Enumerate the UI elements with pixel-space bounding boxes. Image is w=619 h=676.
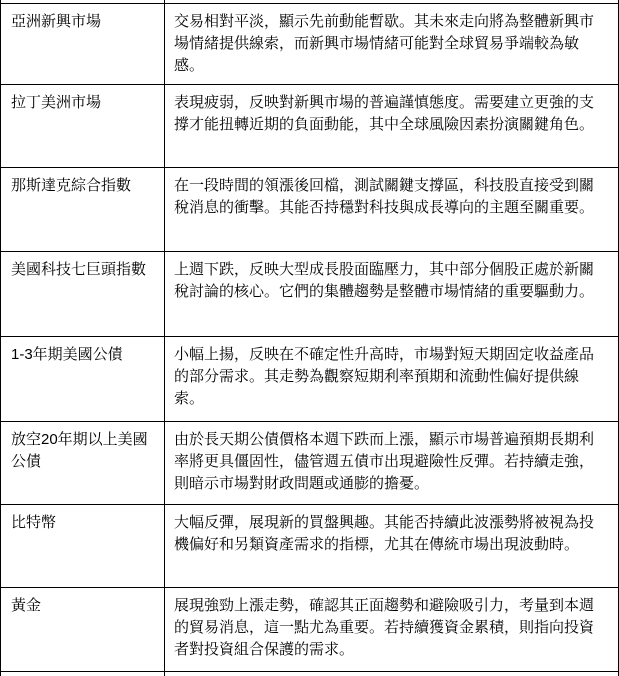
partial-desc-cell	[165, 672, 618, 676]
table-row: 那斯達克綜合指數 在一段時間的領漲後回檔，測試關鍵支撐區，科技股直接受到關稅消息…	[1, 168, 618, 252]
asset-description: 大幅反彈，展現新的買盤興趣。其能否持續此波漲勢將被視為投機偏好和另類資產需求的指…	[165, 505, 618, 587]
asset-description: 由於長天期公債價格本週下跌而上漲，顯示市場普遍預期長期利率將更具僵固性，儘管週五…	[165, 422, 618, 504]
partial-row-bottom	[1, 672, 618, 676]
asset-name: 拉丁美洲市場	[1, 85, 165, 167]
asset-name: 亞洲新興市場	[1, 4, 165, 84]
asset-name: 美國科技七巨頭指數	[1, 252, 165, 336]
asset-description: 交易相對平淡，顯示先前動能暫歇。其未來走向將為整體新興市場情緒提供線索，而新興市…	[165, 4, 618, 84]
asset-description: 上週下跌，反映大型成長股面臨壓力，其中部分個股正處於新關稅討論的核心。它們的集體…	[165, 252, 618, 336]
asset-name: 黃金	[1, 588, 165, 671]
table-row: 美國科技七巨頭指數 上週下跌，反映大型成長股面臨壓力，其中部分個股正處於新關稅討…	[1, 252, 618, 337]
table-row: 比特幣 大幅反彈，展現新的買盤興趣。其能否持續此波漲勢將被視為投機偏好和另類資產…	[1, 505, 618, 588]
asset-name: 那斯達克綜合指數	[1, 168, 165, 251]
asset-name: 比特幣	[1, 505, 165, 587]
asset-description: 小幅上揚，反映在不確定性升高時，市場對短天期固定收益產品的部分需求。其走勢為觀察…	[165, 337, 618, 421]
table-row: 亞洲新興市場 交易相對平淡，顯示先前動能暫歇。其未來走向將為整體新興市場情緒提供…	[1, 4, 618, 85]
asset-description: 表現疲弱，反映對新興市場的普遍謹慎態度。需要建立更強的支撐才能扭轉近期的負面動能…	[165, 85, 618, 167]
document-page: 亞洲新興市場 交易相對平淡，顯示先前動能暫歇。其未來走向將為整體新興市場情緒提供…	[0, 0, 619, 676]
market-summary-table: 亞洲新興市場 交易相對平淡，顯示先前動能暫歇。其未來走向將為整體新興市場情緒提供…	[0, 0, 619, 676]
asset-name: 放空20年期以上美國公債	[1, 422, 165, 504]
asset-name: 1-3年期美國公債	[1, 337, 165, 421]
table-row: 放空20年期以上美國公債 由於長天期公債價格本週下跌而上漲，顯示市場普遍預期長期…	[1, 422, 618, 505]
asset-description: 展現強勁上漲走勢，確認其正面趨勢和避險吸引力，考量到本週的貿易消息，這一點尤為重…	[165, 588, 618, 671]
asset-description: 在一段時間的領漲後回檔，測試關鍵支撐區，科技股直接受到關稅消息的衝擊。其能否持穩…	[165, 168, 618, 251]
table-row: 拉丁美洲市場 表現疲弱，反映對新興市場的普遍謹慎態度。需要建立更強的支撐才能扭轉…	[1, 85, 618, 168]
table-row: 黃金 展現強勁上漲走勢，確認其正面趨勢和避險吸引力，考量到本週的貿易消息，這一點…	[1, 588, 618, 672]
partial-label-cell	[1, 672, 165, 676]
table-row: 1-3年期美國公債 小幅上揚，反映在不確定性升高時，市場對短天期固定收益產品的部…	[1, 337, 618, 422]
